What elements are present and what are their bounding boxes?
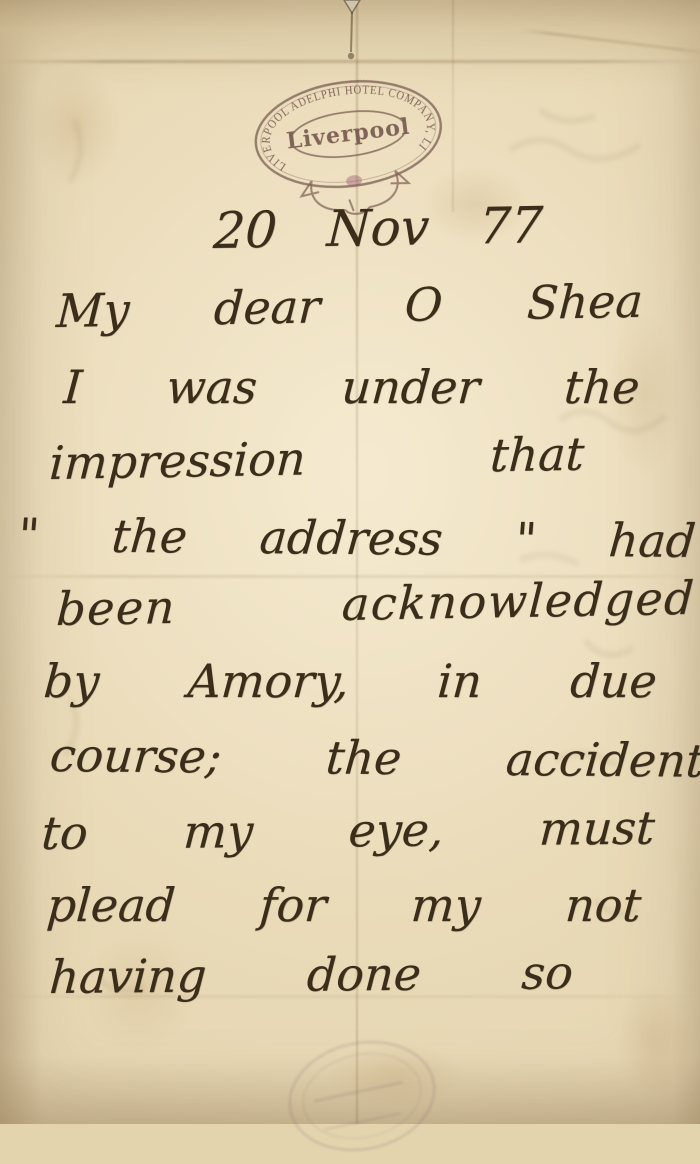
- stamp-center-text: Liverpool: [285, 114, 412, 155]
- letter-line: been acknowledged: [55, 571, 697, 636]
- letter-paper: LIVERPOOL ADELPHI HOTEL COMPANY, LIMITED…: [0, 0, 700, 1124]
- faint-bottom-stamp: [278, 1028, 445, 1124]
- letter-line: by Amory, in due: [42, 654, 659, 708]
- letter-line: impression that: [48, 427, 586, 490]
- fold-crease-diagonal: [521, 28, 700, 54]
- letter-line: plead for my not: [45, 878, 643, 932]
- letter-line: course; the accident: [48, 728, 700, 788]
- paper-stain: [10, 40, 140, 210]
- letter-salutation: My dear O Shea: [55, 274, 644, 338]
- paper-stain: [600, 960, 700, 1120]
- letter-line: " the address " had: [16, 508, 698, 568]
- letter-line: to my eye, must: [40, 801, 656, 860]
- letter-line: I was under the: [62, 360, 641, 414]
- letter-line: having done so: [48, 945, 575, 1004]
- letter-date-line: 20 Nov 77: [212, 196, 544, 260]
